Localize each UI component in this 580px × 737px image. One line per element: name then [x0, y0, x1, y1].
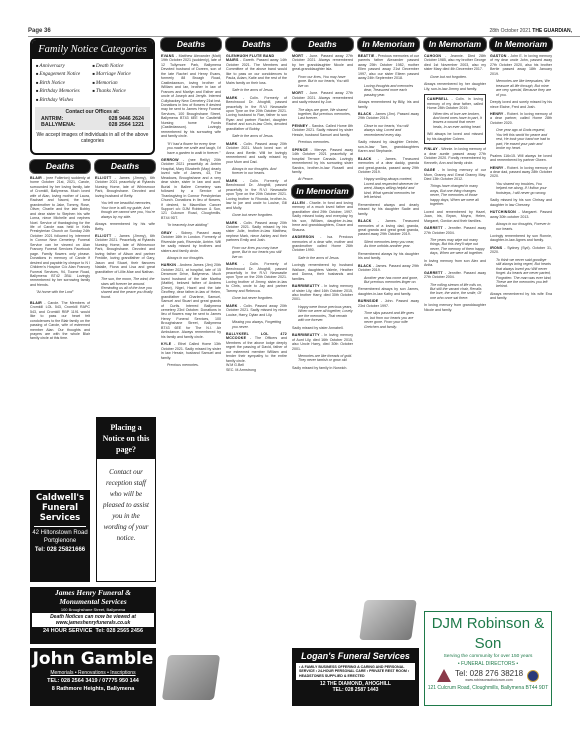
category-item: Birthday Wishes: [36, 97, 93, 103]
logans-ad: Logan's Funeral Services • A FAMILY BUSI…: [292, 648, 419, 706]
notice-verse: The years may wipe out many things, But …: [424, 238, 486, 256]
djm-tagline: Serving the community for over 150 years: [425, 654, 551, 659]
notice-verse: Happy were those precious years, When we…: [292, 305, 353, 323]
notice-name: HENRY: [490, 112, 503, 116]
deaths-header: Deaths: [95, 160, 155, 173]
notice-verse: Always in our thoughts. And forever in o…: [226, 167, 287, 176]
column-3: Deaths EVANS - Matthew Alexander (Matt) …: [161, 38, 221, 370]
notice-name: MARK: [226, 221, 238, 225]
notice-text: - Charlie. In fond and loving memory of …: [292, 201, 353, 232]
notice-verse: Loving thoughts and memories dear, Treas…: [358, 84, 419, 97]
notice-text: In loving memory from granddaughter Nico…: [424, 303, 486, 312]
notice-name: HARKIN: [161, 263, 176, 267]
notice-name: MAIRS: [226, 58, 239, 62]
deaths-header: Deaths: [161, 38, 221, 51]
notice-verse: Missing you always, Forgetting you never…: [226, 320, 287, 329]
notice-name: GAGE: [424, 168, 435, 172]
notice-text: - James (Jimmy), 6th October 2021. Peace…: [95, 234, 155, 274]
notice-name: ELLIOTT: [95, 234, 111, 238]
notice-name: EVANS: [161, 54, 174, 58]
notice-verse: To think we never said goodbye still alw…: [490, 258, 552, 289]
notice-name: GASTON: [490, 54, 507, 58]
notice-text: Lovingly remembered by husband Wallace, …: [292, 263, 353, 281]
category-item: Marriage Notice: [93, 71, 150, 77]
placing-notice-body: Contact our reception staff who will be …: [97, 459, 155, 552]
notice-text: Always remembered by his wife Betty.: [95, 222, 155, 231]
ballymena-label: BALLYMENA:: [41, 122, 76, 128]
notice-name: HENRY: [490, 166, 503, 170]
notice-name: BLACK: [358, 264, 372, 268]
notice-name: GRAY: [161, 231, 172, 235]
notice-verse: Gone but never forgotten.: [226, 213, 287, 217]
notice-name: BLACK: [358, 219, 372, 223]
column-7: In Memoriam CAHOON - Jeannie. Died 28th …: [424, 38, 486, 315]
notice-verse: Close to our hearts, You will always sta…: [358, 124, 419, 137]
notice-name: BARRIBEATTY: [292, 284, 320, 288]
notice-verse: "At home with the Lord": [30, 290, 90, 294]
john-gamble-phone: TEL: 028 2564 3419 / 07775 950 144: [30, 677, 156, 685]
notice-name: MARK: [226, 304, 238, 308]
djm-phone: Tel: 028 276 38218: [455, 669, 523, 678]
notice-verse: Safe in the arms of Jesus.: [226, 134, 287, 138]
ballymena-phone: 028 2564 1221: [109, 122, 144, 128]
notice-verse: Safe in the arms of Jesus.: [226, 88, 287, 92]
caldwell-ad: Caldwell's Funeral Services 42 Hiltonsto…: [30, 490, 90, 582]
bible-icon: [359, 600, 417, 640]
notice-name: MARK: [226, 179, 238, 183]
notice-verse: Another year has come and gone, But prec…: [358, 276, 419, 285]
notice-text: Loved and remembered by Hazel, Joan, Iri…: [424, 210, 486, 223]
notice-verse: Precious memories.: [161, 363, 221, 367]
funeral-directors-logo-icon: [437, 669, 451, 682]
campbell-boxed-notice: CAMPBELL - Colin. In loving memory of my…: [424, 94, 486, 144]
notice-name: BLAIR: [30, 176, 42, 180]
notice-text: Remembered always by his daughter Iris a…: [358, 252, 419, 261]
djm-robinson-ad: DJM Robinson & Son Serving the community…: [424, 611, 552, 706]
notice-name: BLACK: [358, 112, 372, 116]
notice-name: SPENCE: [292, 148, 308, 152]
notice-text: - Precious memories of our parents fathe…: [358, 54, 419, 80]
notice-verse: Time slips passed and life goes on, but …: [358, 311, 419, 329]
categories-title: Family Notice Categories: [32, 40, 153, 59]
notice-verse: When ties of love are broken, And loved …: [427, 112, 483, 130]
logans-services: • A FAMILY BUSINESS OFFERING A CARING AN…: [296, 663, 415, 680]
notice-text: - (nee Fullerton) suddenly at home Octob…: [30, 176, 90, 287]
notice-name: KYLE: [161, 342, 171, 346]
notice-verse: Always in our thoughts, Forever in our h…: [490, 222, 552, 231]
notice-verse: Precious memories.: [292, 140, 353, 144]
notice-name: HUTCHINSON: [490, 210, 516, 214]
notice-name: MARK: [226, 142, 238, 146]
john-gamble-address: 8 Rathmore Heights, Ballymena: [30, 685, 156, 693]
john-gamble-name: John Gamble: [30, 649, 156, 669]
notice-verse: Memories are like threads of gold. They …: [292, 354, 353, 363]
john-gamble-services: Memorials • Renovations • Inscriptions: [30, 670, 156, 676]
notice-text: - Mervyn. Passed away 14th October 2021 …: [292, 148, 353, 174]
categories-list: Anniversary Death Notice Engagement Noti…: [32, 59, 153, 103]
james-henry-address: 100 Broughshane Street, Ballymena: [30, 607, 156, 612]
notice-verse: At Peace.: [292, 177, 353, 181]
column-5: Deaths MORT - June. Passed away 27th Oct…: [292, 38, 353, 373]
notice-text: - Colin. Formerly of Beechwood Dr. Ahogh…: [226, 179, 287, 210]
notice-name: GERROW: [161, 158, 179, 162]
john-gamble-ad: John Gamble Memorials • Renovations • In…: [30, 648, 156, 706]
notice-name: PENNEY: [292, 124, 308, 128]
placing-notice-box: Placing a Notice on this page? Contact o…: [96, 417, 156, 582]
deaths-header: Deaths: [30, 160, 90, 173]
notice-verse: From our lives, You may have gone. But i…: [292, 75, 353, 88]
notice-text: - Colin. Formerly of Beechwood Dr. Ahogh…: [226, 262, 287, 293]
notice-verse: "If I had a flower for every time you ma…: [161, 142, 221, 155]
notice-verse: Things have changed in many ways, But on…: [424, 184, 486, 206]
notice-name: FINLAY: [424, 147, 438, 151]
notice-name: BLAIR: [30, 301, 42, 305]
notice-text: - (nee Reilly) 20th October 2021 peacefu…: [161, 158, 221, 220]
notice-text: Lovingly remembered by son Ronnie, daugh…: [490, 234, 552, 243]
notice-verse: One year ago at Gods request, You left t…: [490, 128, 552, 150]
notice-verse: Gone but not forgotten.: [424, 75, 486, 79]
notice-name: ELLIOTT: [95, 176, 111, 180]
deaths-header: Deaths: [226, 38, 287, 51]
djm-role: • FUNERAL DIRECTORS •: [425, 661, 551, 667]
notice-verse: Happy smiling always content, Loved and …: [358, 177, 419, 199]
notice-text: Sadly missed by sister Annabell.: [292, 326, 353, 330]
in-memoriam-header: In Memoriam: [490, 38, 552, 51]
notice-text: Always remembered by his wife Ena and fa…: [490, 292, 552, 301]
top-rule: [28, 36, 580, 37]
notice-name: GARRETT: [424, 226, 443, 230]
notice-name: CAHOON: [424, 54, 441, 58]
logans-phone: TEL: 028 2587 1443: [294, 687, 417, 693]
notice-verse: You left me beautiful memories, Your lov…: [95, 201, 155, 219]
notice-verse: Gone but never forgotten.: [226, 296, 287, 300]
contact-offices: Contact our Offices at: ANTRIM:028 9446 …: [35, 107, 150, 130]
category-item: Memorian: [93, 80, 150, 86]
djm-address: 121 Culcrum Road, Cloughmills, Ballymena…: [425, 685, 551, 692]
in-memoriam-header: In Memoriam: [424, 38, 486, 51]
issue-date: 28th October 2021: [489, 28, 530, 34]
notice-text: Will always be loved and missed by his d…: [427, 132, 483, 141]
notice-verse: The days are gone, We shared together, B…: [292, 108, 353, 121]
signature: SEC. M.Armstrong: [226, 368, 287, 372]
notice-verse: Always in our thoughts.: [161, 256, 221, 260]
association-badge-icon: [527, 670, 539, 682]
notice-name: IRONS: [490, 246, 502, 250]
category-item: Engagement Notice: [36, 71, 93, 77]
notice-name: MARK: [226, 96, 238, 100]
notice-text: - Andrew James (Jim) 20th October 2021, …: [161, 263, 221, 338]
caldwell-phone: Tel: 028 25821666: [30, 547, 90, 553]
deaths-header: Deaths: [292, 38, 353, 51]
notice-name: BURNSIDE: [358, 299, 378, 303]
column-1: Deaths BLAIR - (nee Fullerton) suddenly …: [30, 160, 90, 344]
notice-name: BEATTIE: [358, 54, 375, 58]
djm-name: DJM Robinson & Son: [425, 614, 551, 654]
in-memoriam-header: In Memoriam: [358, 38, 419, 51]
column-4: Deaths GLENHUGH FLUTE BAND MAIRS - Garet…: [226, 38, 287, 372]
family-notice-categories-box: Family Notice Categories Anniversary Dea…: [30, 38, 155, 155]
placing-notice-title: Placing a Notice on this page?: [97, 418, 155, 459]
notice-verse: The sun, the moon, The wind, the stars w…: [95, 277, 155, 299]
notice-text: - Gareth. Passed away 14th October 2021.…: [226, 58, 287, 84]
notice-name: MARK: [226, 262, 238, 266]
notice-text: Always remembered by her daughter Lily, …: [424, 82, 486, 91]
notice-text: Always remembered by Billy, Iris and fam…: [358, 100, 419, 109]
james-henry-name: James Henry Funeral & Monumental Service…: [30, 589, 156, 606]
notice-name: ANDERSON: [292, 235, 314, 239]
notice-text: Sadly missed by daughter Deirdre, son-in…: [358, 140, 419, 153]
category-item: Birth Notice: [36, 80, 93, 86]
notice-name: MORT: [292, 91, 303, 95]
james-henry-note: Death Notices can now be viewed at www.j…: [32, 613, 154, 627]
caldwell-address: 42 Hiltonstown Road Portglenone: [30, 530, 90, 545]
category-item: Birthday Memories: [36, 88, 93, 94]
column-2: Deaths ELLIOTT - James (Jimmy), 6th Octo…: [95, 160, 155, 302]
caldwell-name: Caldwell's Funeral Services: [30, 493, 90, 523]
notice-name: BLACK: [358, 157, 372, 161]
james-henry-phone: Tel: 028 2565 2456: [95, 628, 143, 634]
column-6: In Memoriam BEATTIE - Precious memories …: [358, 38, 419, 332]
bible-icon: [162, 655, 220, 700]
notice-name: GARRETT: [424, 271, 443, 275]
category-item: Thanks Notice: [93, 88, 150, 94]
notice-name: MORT: [292, 54, 303, 58]
notice-verse: From our lives you may have gone, But in…: [226, 246, 287, 259]
notice-verse: Silent memories keep you near, As time u…: [358, 240, 419, 249]
column-8: In Memoriam GASTON - John E. In loving m…: [490, 38, 552, 304]
notice-name: CAMPBELL: [427, 97, 449, 101]
notice-text: - Colin. Formerly of Beechwood Dr. Ahogh…: [226, 96, 287, 131]
category-item: Death Notice: [93, 63, 150, 69]
paper-name: THE GUARDIAN,: [532, 28, 572, 34]
images-note: We accept images of individuals in all o…: [32, 130, 153, 146]
notice-text: Remembered always by son James, daughter…: [358, 287, 419, 296]
contact-title: Contact our Offices at:: [41, 109, 144, 115]
notice-text: Psalms 116v15. Will always be loved and …: [490, 154, 552, 163]
notice-text: Deeply loved and sorely missed by his ni…: [490, 100, 552, 109]
masthead: 28th October 2021 THE GUARDIAN,: [489, 28, 572, 34]
page-number: Page 36: [28, 28, 51, 34]
notice-verse: The rolling stream of life rolls on, But…: [424, 283, 486, 301]
category-item: Anniversary: [36, 63, 93, 69]
notice-name: GLENHUGH FLUTE BAND: [226, 54, 274, 58]
notice-text: Remembered always and dearly missed by h…: [358, 203, 419, 216]
notice-text: - The Officers and Members of the above …: [226, 336, 287, 362]
notice-verse: Safe in the arms of Jesus.: [292, 256, 353, 260]
james-henry-ad: James Henry Funeral & Monumental Service…: [30, 587, 156, 644]
notice-name: ALLEN: [292, 201, 305, 205]
djm-website: www.robinsonsofculcrum.com: [455, 678, 523, 682]
in-memoriam-header: In Memoriam: [292, 185, 353, 198]
james-henry-service: 24 HOUR SERVICE: [43, 628, 92, 634]
notice-name: BARRIBEATTY: [292, 333, 320, 337]
logans-name: Logan's Funeral Services: [294, 650, 417, 662]
notice-verse: You shared my troubles, You helped me al…: [490, 182, 552, 195]
notice-text: - Matthew Alexander (Matt) 19th October …: [161, 54, 221, 138]
notice-text: - Carole. The Members of Cromkill LOL 54…: [30, 301, 90, 341]
notice-verse: Memories are like keepsakes, We treasure…: [490, 79, 552, 97]
notice-text: In loving memory from son Alex and Anita…: [424, 259, 486, 268]
notice-text: Sadly missed by his son Chrissy and daug…: [490, 198, 552, 207]
notice-text: Sadly missed by family in Norwich.: [292, 366, 353, 370]
notice-verse: "In heavenly love abiding": [161, 223, 221, 227]
